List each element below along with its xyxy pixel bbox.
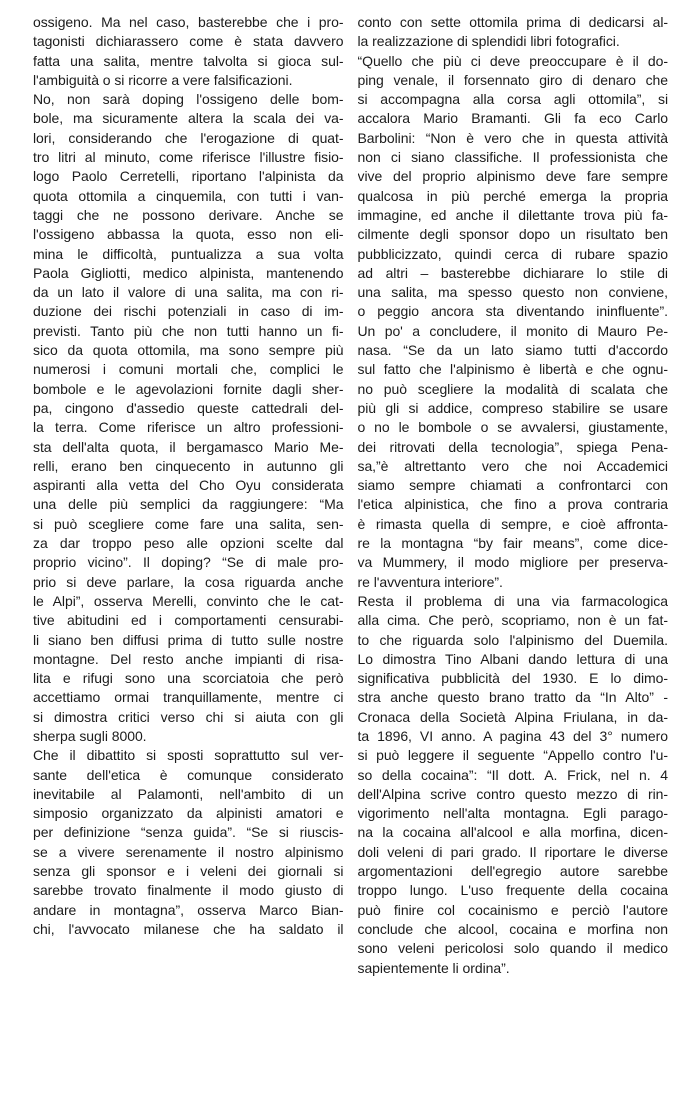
text-line: No, non sarà doping l'ossigeno delle bom… [33, 90, 344, 109]
text-line: l'ambiguità o si ricorre a vere falsific… [33, 71, 344, 90]
text-line: numerosi i comuni mortali che, complici … [33, 360, 344, 379]
text-line: doli veleni di pari grado. Il riportare … [358, 843, 669, 862]
text-line: nasa. “Se da un lato siamo tutti d'accor… [358, 341, 669, 360]
text-line: Barbolini: “Non è vero che in questa att… [358, 129, 669, 148]
text-line: re l'avventura interiore”. [358, 573, 669, 592]
text-line: da un lato il valore di una salita, ma c… [33, 283, 344, 302]
text-line: ad altri – basterebbe dichiarare lo stil… [358, 264, 669, 283]
text-line: za dar troppo peso alle opzioni scelte d… [33, 534, 344, 553]
text-line: so della cocaina”: “Il dott. A. Frick, n… [358, 766, 669, 785]
text-line: pa, cingono d'assedio queste cattedrali … [33, 399, 344, 418]
text-line: andare in montagna”, osserva Marco Bian- [33, 901, 344, 920]
text-line: fatta una salita, mentre talvolta si gio… [33, 52, 344, 71]
text-line: senza gli sponsor e i veleni dei giornal… [33, 862, 344, 881]
article-column-left: ossigeno. Ma nel caso, basterebbe che i … [33, 13, 344, 978]
text-line: quota ottomila a cinquemila, con tutti i… [33, 187, 344, 206]
text-line: sul fatto che l'alpinismo è libertà e ch… [358, 360, 669, 379]
text-line: si dimostra critici verso chi si aiuta c… [33, 708, 344, 727]
text-line: tive abitudini ed i comportamenti censur… [33, 611, 344, 630]
text-line: stra anche questo brano tratto da “In Al… [358, 688, 669, 707]
text-line: li siano ben diffusi prima di tutto sull… [33, 631, 344, 650]
text-line: si può scegliere come fare una salita, s… [33, 515, 344, 534]
text-line: proprio vicino”. Il doping? “Se di male … [33, 553, 344, 572]
text-line: o peggio ancora sta diventando ininfluen… [358, 302, 669, 321]
text-line: accettiamo ormai tranquillamente, mentre… [33, 688, 344, 707]
text-line: l'etica alpinistica, che fino a prova co… [358, 495, 669, 514]
paragraph: ossigeno. Ma nel caso, basterebbe che i … [33, 13, 344, 90]
text-line: sante dell'etica è comunque considerato [33, 766, 344, 785]
text-line: va Mummery, il modo migliore per preserv… [358, 553, 669, 572]
text-line: la terra. Come riferisce un altro profes… [33, 418, 344, 437]
text-line: mina le difficoltà, puntualizza a sua vo… [33, 245, 344, 264]
text-line: bole, ma sicuramente altera la scala dei… [33, 109, 344, 128]
text-line: immagine, ed anche il dilettante trova p… [358, 206, 669, 225]
text-line: Resta il problema di una via farmacologi… [358, 592, 669, 611]
text-line: sta dell'alta quota, il bergamasco Mario… [33, 438, 344, 457]
text-line: duzione dei rischi potenziali in caso di… [33, 302, 344, 321]
text-line: si può leggere il seguente “Appello cont… [358, 746, 669, 765]
text-line: può finire col cocainismo e perciò l'aut… [358, 901, 669, 920]
text-line: vive del proprio alpinismo deve fare sem… [358, 167, 669, 186]
article-column-right: conto con sette ottomila prima di dedica… [358, 13, 669, 978]
text-line: dell'Alpina scrive contro questo mezzo d… [358, 785, 669, 804]
text-line: tagonisti dichiarassero come è stata dav… [33, 32, 344, 51]
text-line: “Quello che più ci deve preoccupare è il… [358, 52, 669, 71]
text-line: conto con sette ottomila prima di dedica… [358, 13, 669, 32]
text-line: aspiranti alla vetta del Cho Oyu conside… [33, 476, 344, 495]
text-line: significativa pubblicità del 1930. E lo … [358, 669, 669, 688]
two-column-text-block: ossigeno. Ma nel caso, basterebbe che i … [33, 13, 668, 978]
text-line: per definizione “senza guida”. “Se si ri… [33, 823, 344, 842]
text-line: ossigeno. Ma nel caso, basterebbe che i … [33, 13, 344, 32]
text-line: re la montagna “by fair means”, come dic… [358, 534, 669, 553]
text-line: sherpa sugli 8000. [33, 727, 344, 746]
text-line: più gli si addice, compreso stabilire se… [358, 399, 669, 418]
text-line: qualcosa in più perché emerga la propria [358, 187, 669, 206]
paragraph: Che il dibattito si sposti soprattutto s… [33, 746, 344, 939]
text-line: sico da quota ottomila, ma sono sempre p… [33, 341, 344, 360]
text-line: relli, erano ben cinquecento in autunno … [33, 457, 344, 476]
text-line: si accompagna alla corsa agli ottomila”,… [358, 90, 669, 109]
text-line: lita e rifugi sono una scorciatoia che p… [33, 669, 344, 688]
text-line: sono veleni pericolosi solo quando il me… [358, 939, 669, 958]
text-line: ping venale, il forsennato giro di denar… [358, 71, 669, 90]
text-line: dei ritrovati della tecnologia”, spiega … [358, 438, 669, 457]
paragraph: conto con sette ottomila prima di dedica… [358, 13, 669, 52]
text-line: pubblicizzato, quindi cerca di rubare sp… [358, 245, 669, 264]
text-line: una salita, ma spesso questo non convien… [358, 283, 669, 302]
text-line: montagne. Del resto anche impianti di ri… [33, 650, 344, 669]
text-line: chi, l'avvocato milanese che ha saldato … [33, 920, 344, 939]
scanned-article-page: ossigeno. Ma nel caso, basterebbe che i … [0, 0, 700, 1120]
text-line: vigorimento nell'alta montagna. Egli par… [358, 804, 669, 823]
text-line: sa,”è altrettanto vero che noi Accademic… [358, 457, 669, 476]
text-line: non ci siano classifiche. Il professioni… [358, 148, 669, 167]
text-line: Che il dibattito si sposti soprattutto s… [33, 746, 344, 765]
text-line: le Alpi”, osserva Merelli, convinto che … [33, 592, 344, 611]
text-line: ta 1896, VI anno. A pagina 43 del 3° num… [358, 727, 669, 746]
paragraph: Resta il problema di una via farmacologi… [358, 592, 669, 978]
text-line: o no le bombole o se avvalersi, giustame… [358, 418, 669, 437]
text-line: lori, considerando che l'erogazione di q… [33, 129, 344, 148]
text-line: logo Paolo Cerretelli, riportano l'alpin… [33, 167, 344, 186]
text-line: conclude che alcool, cocaina e morfina n… [358, 920, 669, 939]
text-line: una delle più semplici da raggiungere: “… [33, 495, 344, 514]
text-line: è rimasta quella di sempre, e cioè affro… [358, 515, 669, 534]
text-line: simposio organizzato da alpinisti amator… [33, 804, 344, 823]
text-line: se a vivere serenamente il nostro alpini… [33, 843, 344, 862]
text-line: no può scegliere la modalità di scalata … [358, 380, 669, 399]
text-line: tro litri al minuto, come riferisce l'il… [33, 148, 344, 167]
text-line: Cronaca della Società Alpina Friulana, i… [358, 708, 669, 727]
paragraph: No, non sarà doping l'ossigeno delle bom… [33, 90, 344, 746]
text-line: l'ossigeno abbassa la quota, esso non el… [33, 225, 344, 244]
text-line: accalora Mario Bramanti. Gli fa eco Carl… [358, 109, 669, 128]
text-line: alla cima. Che però, scopriamo, non è un… [358, 611, 669, 630]
text-line: bombole e le agevolazioni fornite dagli … [33, 380, 344, 399]
text-line: inevitabile al Palamonti, nell'ambito di… [33, 785, 344, 804]
text-line: cilmente degli sponsor dopo un risultato… [358, 225, 669, 244]
text-line: to che riguarda solo l'alpinismo del Due… [358, 631, 669, 650]
text-line: prio si deve parlare, la cosa riguarda a… [33, 573, 344, 592]
text-line: sarebbe trovato finalmente il modo giust… [33, 881, 344, 900]
text-line: Paola Gigliotti, medico alpinista, mante… [33, 264, 344, 283]
text-line: na la cocaina all'alcool e alla morfina,… [358, 823, 669, 842]
text-line: Un po' a concludere, il monito di Mauro … [358, 322, 669, 341]
text-line: Lo dimostra Tino Albani dando lettura di… [358, 650, 669, 669]
paragraph: “Quello che più ci deve preoccupare è il… [358, 52, 669, 592]
text-line: argomentazioni dell'egregio autore sareb… [358, 862, 669, 881]
text-line: troppo lungo. L'uso frequente della coca… [358, 881, 669, 900]
text-line: taggi che ne possono derivare. Anche se [33, 206, 344, 225]
text-line: la realizzazione di splendidi libri foto… [358, 32, 669, 51]
text-line: siamo sempre chiamati a confrontarci con [358, 476, 669, 495]
text-line: previsti. Tanto più che non tutti hanno … [33, 322, 344, 341]
text-line: sapientemente li ordina”. [358, 959, 669, 978]
